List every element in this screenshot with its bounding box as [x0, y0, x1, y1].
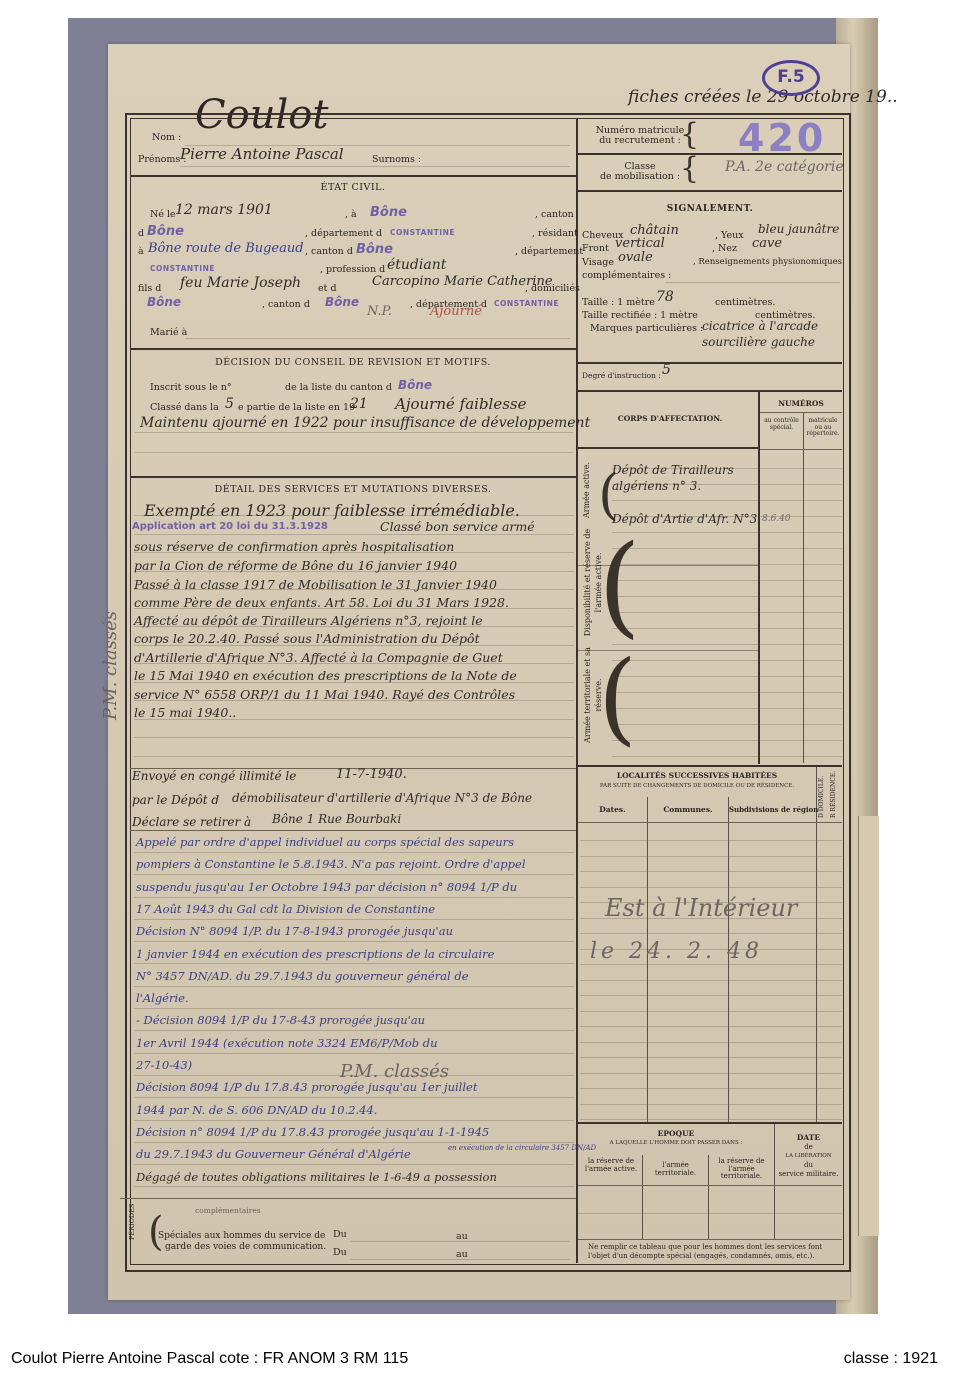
footer-classe: classe : 1921: [844, 1350, 938, 1368]
date-de: de: [775, 1144, 842, 1152]
later-service-line: Dégagé de toutes obligations militaires …: [136, 1171, 497, 1184]
corps-title: CORPS D'AFFECTATION.: [580, 415, 760, 423]
d-label: d: [138, 229, 144, 239]
rule: [134, 552, 574, 553]
services-title: DÉTAIL DES SERVICES ET MUTATIONS DIVERSE…: [130, 485, 576, 495]
speciales-line1: Spéciales aux hommes du service de: [158, 1232, 325, 1242]
yeux-value: bleu jaunâtre: [758, 223, 839, 236]
localites-subtitle: PAR SUITE DE CHANGEMENTS DE DOMICILE OU …: [578, 783, 816, 789]
visage-value: ovale: [618, 251, 653, 265]
affectation-entry-2: Dépôt d'Artie d'Afr. N°3.: [612, 513, 761, 526]
later-service-line: Décision 8094 1/P du 17.8.43 prorogée ju…: [136, 1081, 477, 1094]
father-name: feu Marie Joseph: [180, 276, 301, 291]
divider: [130, 175, 576, 177]
prenoms-value: Pierre Antoine Pascal: [180, 146, 344, 163]
col-communes: Communes.: [648, 806, 728, 814]
retirer-label: Déclare se retirer à: [132, 816, 251, 829]
decision-motif: Ajourné faiblesse: [395, 396, 527, 413]
affectation-entry-1: Dépôt de Tirailleurs algériens n° 3.: [612, 462, 757, 494]
liste-canton-label: de la liste du canton d: [285, 383, 392, 393]
rule: [580, 1042, 842, 1043]
service-line: le 15 mai 1940..: [134, 706, 236, 720]
retirer-value: Bône 1 Rue Bourbaki: [272, 813, 401, 826]
taille-label: Taille : 1 mètre: [582, 298, 655, 308]
canton-label: , canton: [535, 210, 574, 220]
rule: [612, 676, 842, 677]
date-du: du: [775, 1162, 842, 1170]
residant-label: , résidant: [532, 229, 578, 239]
rule: [612, 532, 842, 533]
rule: [612, 740, 842, 741]
rule: [180, 166, 570, 167]
classe-value: P.A. 2e catégorie: [725, 160, 844, 175]
conge-date: 11-7-1940.: [336, 768, 407, 782]
rule: [134, 919, 574, 920]
rule: [134, 1186, 574, 1187]
marques-value: cicatrice à l'arcade sourcilière gauche: [702, 318, 842, 350]
nom-label: Nom :: [152, 133, 181, 143]
stamp-application: Application art 20 loi du 31.3.1928: [132, 522, 328, 532]
ne-le-label: Né le: [150, 210, 176, 220]
birth-date: 12 mars 1901: [175, 203, 273, 218]
divider: [578, 447, 758, 449]
periodes-label: PÉRIODES: [128, 1204, 136, 1240]
divider: [578, 362, 842, 364]
col-reserve-territoriale: la réserve de l'armée territoriale.: [709, 1158, 774, 1181]
rule: [580, 887, 842, 888]
parents-residence: Bône: [147, 296, 181, 308]
col-dates: Dates.: [578, 806, 647, 814]
profession-value: étudiant: [387, 258, 446, 273]
canton-d-label: , canton d: [305, 247, 353, 257]
col-domicile: D DOMICILE.: [818, 776, 825, 818]
later-service-line: N° 3457 DN/AD. du 29.7.1943 du gouverneu…: [136, 970, 469, 983]
degre-label: Degré d'instruction :: [582, 372, 661, 380]
parents-departement: CONSTANTINE: [494, 300, 559, 308]
annee-value: 21: [350, 397, 368, 412]
later-service-line: Décision n° 8094 1/P du 17.8.43 prorogée…: [136, 1126, 489, 1139]
rule: [134, 719, 574, 720]
rule: [134, 1030, 574, 1031]
rule: [580, 980, 842, 981]
later-service-line: suspendu jusqu'au 1er Octobre 1943 par d…: [136, 881, 517, 894]
parents-canton-label: , canton d: [262, 300, 310, 310]
rule: [134, 682, 574, 683]
divider: [578, 153, 842, 155]
et-de-label: et d: [318, 284, 337, 294]
divider: [760, 412, 842, 413]
service-line: le 15 Mai 1940 en exécution des prescrip…: [134, 669, 517, 683]
divider: [578, 190, 842, 192]
affectation-controle-2: 8.6.40: [762, 515, 791, 525]
rule: [134, 941, 574, 942]
col-residence: R RÉSIDENCE.: [830, 771, 837, 818]
later-service-line: Décision N° 8094 1/P. du 17-8-1943 proro…: [136, 925, 453, 938]
rule: [134, 645, 574, 646]
rule: [580, 856, 842, 857]
service-line: corps le 20.2.40. Passé sous l'Administr…: [134, 632, 480, 646]
liste-canton-value: Bône: [398, 379, 432, 391]
later-service-line: du 29.7.1943 du Gouverneur Général d'Alg…: [136, 1148, 411, 1161]
rule: [135, 432, 573, 433]
col-matricule: matricule ou au répertoire.: [804, 418, 842, 438]
rule: [134, 608, 574, 609]
depot-label: par le Dépôt d: [132, 794, 219, 807]
conge-label: Envoyé en congé illimité le: [132, 770, 296, 783]
rule: [580, 1057, 842, 1058]
rule: [350, 1241, 570, 1242]
later-service-line: 1er Avril 1944 (exécution note 3324 EM6/…: [136, 1037, 438, 1050]
complementaires-label: complémentaires: [195, 1207, 261, 1215]
section-active-label: Armée active.: [582, 462, 591, 518]
rule: [134, 534, 574, 535]
domicilies-label: , domiciliés: [525, 284, 580, 294]
rule: [134, 700, 574, 701]
rule: [134, 1164, 574, 1165]
column-line: [816, 767, 817, 1122]
degre-value: 5: [662, 363, 671, 378]
centimetres-label: centimètres.: [715, 298, 775, 308]
rule: [612, 708, 842, 709]
rule: [134, 986, 574, 987]
rule: [580, 1104, 842, 1105]
annotation-ajourne: Ajourné: [430, 305, 482, 319]
rule: [580, 1119, 842, 1120]
rule: [580, 1026, 842, 1027]
parents-canton: Bône: [325, 296, 359, 308]
rule: [580, 1011, 842, 1012]
column-line: [803, 413, 804, 763]
localites-title: LOCALITÉS SUCCESSIVES HABITÉES: [578, 772, 816, 780]
partie-value: 5: [225, 397, 234, 412]
birth-canton: Bône: [147, 225, 184, 238]
surnoms-label: Surnoms :: [372, 155, 421, 165]
divider: [578, 822, 842, 823]
marques-label: Marques particulières :: [590, 324, 703, 334]
marie-label: Marié à: [150, 328, 187, 338]
later-service-line: 1 janvier 1944 en exécution des prescrip…: [136, 948, 494, 961]
rule: [134, 1008, 574, 1009]
birth-place: Bône: [370, 206, 407, 219]
epoque-subtitle: A LAQUELLE L'HOMME DOIT PASSER DANS :: [578, 1140, 774, 1146]
departement-label: , département d: [305, 229, 382, 239]
rule: [612, 548, 842, 549]
service-line: Exempté en 1923 pour faiblesse irrémédia…: [144, 502, 520, 520]
nez-label: , Nez: [712, 244, 737, 254]
rule: [612, 644, 842, 645]
renseignements-label: , Renseignements physionomiques: [693, 258, 842, 267]
date-title: DATE: [775, 1134, 842, 1142]
margin-note: P.M. classés: [100, 611, 121, 720]
taille-value: 78: [656, 290, 674, 305]
departement-label-2: , département: [515, 247, 583, 257]
footer-caption: Coulot Pierre Antoine Pascal cote : FR A…: [11, 1350, 408, 1368]
speciales-line2: garde des voies de communication.: [165, 1243, 326, 1253]
rule: [612, 724, 842, 725]
brace: {: [680, 154, 699, 184]
rule: [612, 692, 842, 693]
decision-title: DÉCISION DU CONSEIL DE REVISION ET MOTIF…: [130, 358, 576, 368]
rule: [134, 963, 574, 964]
later-service-line: l'Algérie.: [136, 992, 189, 1005]
rule: [612, 756, 842, 757]
rule: [134, 756, 574, 757]
rule: [134, 1097, 574, 1098]
epoque-title: EPOQUE: [578, 1130, 774, 1138]
later-service-line: Appelé par ordre d'appel individuel au c…: [136, 836, 514, 849]
rule: [134, 571, 574, 572]
visage-label: Visage: [582, 258, 614, 268]
rule: [134, 1142, 574, 1143]
later-service-line: 1944 par N. de S. 606 DN/AD du 10.2.44.: [136, 1104, 377, 1117]
residence-departement: CONSTANTINE: [150, 265, 215, 273]
decision-maintien: Maintenu ajourné en 1922 pour insuffisan…: [140, 416, 590, 431]
rule: [134, 897, 574, 898]
du-label-2: Du: [333, 1248, 347, 1258]
rule: [185, 338, 570, 339]
rule: [134, 515, 574, 516]
rule: [612, 612, 842, 613]
rule: [135, 452, 573, 453]
rule: [580, 840, 842, 841]
signalement-title: SIGNALEMENT.: [578, 205, 842, 215]
rule: [665, 282, 840, 283]
fils-label: fils d: [138, 284, 161, 294]
rule: [134, 1120, 574, 1121]
yeux-label: , Yeux: [715, 231, 744, 241]
rule: [612, 660, 842, 661]
rule: [134, 1053, 574, 1054]
rule: [612, 628, 842, 629]
later-service-line: 17 Août 1943 du Gal cdt la Division de C…: [136, 903, 435, 916]
depot-value: démobilisateur d'artillerie d'Afrique N°…: [232, 792, 532, 805]
nez-value: cave: [752, 237, 782, 251]
rule: [134, 874, 574, 875]
annotation-execution: en exécution de la circulaire 3457 DN/AD: [448, 1145, 596, 1153]
divider: [120, 1198, 576, 1199]
service-line: Classé bon service armé: [380, 520, 535, 534]
later-service-line: pompiers à Constantine le 5.8.1943. N'a …: [136, 858, 526, 871]
brace: {: [680, 120, 699, 150]
col-controle: au contrôle spécial.: [760, 418, 803, 431]
birth-departement: CONSTANTINE: [390, 229, 455, 237]
attached-slip: [858, 816, 879, 1236]
divider: [130, 476, 576, 478]
rule: [578, 1213, 842, 1214]
classe-dans-label: Classé dans la: [150, 403, 219, 413]
rule: [134, 852, 574, 853]
stamp-f5: F.5: [762, 60, 820, 96]
localites-entry-2: le 24. 2. 48: [590, 940, 763, 964]
col-subdivisions: Subdivisions de région: [729, 806, 816, 814]
etat-civil-title: ÉTAT CIVIL.: [130, 183, 576, 193]
rule: [580, 1073, 842, 1074]
rule: [580, 871, 842, 872]
rule: [612, 596, 842, 597]
du-label-1: Du: [333, 1230, 347, 1240]
divider: [760, 449, 842, 450]
rule: [580, 933, 842, 934]
localites-entry-1: Est à l'Intérieur: [605, 895, 797, 921]
divider: [578, 765, 842, 767]
numeros-title: NUMÉROS: [760, 400, 842, 408]
a-label: , à: [345, 210, 357, 220]
divider: [578, 1185, 842, 1186]
rule: [134, 626, 574, 627]
annotation-np: N.P.: [367, 305, 392, 319]
later-service-line: - Décision 8094 1/P du 17-8-43 prorogée …: [136, 1014, 425, 1027]
rule: [612, 500, 842, 501]
residence-value: Bône route de Bugeaud: [148, 242, 304, 256]
brace: (: [598, 530, 641, 640]
epoque-note: Ne remplir ce tableau que pour les homme…: [588, 1243, 838, 1261]
complementaires-signalement-label: complémentaires :: [582, 271, 671, 281]
rule: [580, 1088, 842, 1089]
partie-label: e partie de la liste en 19: [238, 403, 355, 413]
residence-canton: Bône: [356, 243, 393, 256]
rule: [134, 663, 574, 664]
residence-a-label: à: [138, 247, 144, 257]
date-service: service militaire.: [775, 1171, 842, 1179]
divider: [578, 1239, 842, 1240]
date-liberation: LA LIBÉRATION: [775, 1153, 842, 1159]
col-territoriale: l'armée territoriale.: [643, 1162, 708, 1177]
col-reserve-active: la réserve de l'armée active.: [580, 1158, 642, 1173]
rule: [350, 1259, 570, 1260]
divider: [130, 348, 576, 350]
later-service-line: 27-10-43): [136, 1059, 192, 1072]
rule: [134, 589, 574, 590]
rule: [134, 737, 574, 738]
divider: [578, 1122, 842, 1124]
signature-pm: P.M. classés: [340, 1062, 449, 1082]
rule: [580, 995, 842, 996]
brace: (: [598, 648, 637, 748]
front-label: Front: [582, 244, 609, 254]
divider: [130, 830, 576, 831]
taille-rectifiee-label: Taille rectifiée : 1 mètre: [582, 311, 698, 321]
divider: [578, 390, 842, 392]
inscrit-label: Inscrit sous le n°: [150, 383, 232, 393]
annotation-fiches: fiches créées le 29 octobre 19..: [628, 88, 898, 107]
rule: [612, 580, 842, 581]
